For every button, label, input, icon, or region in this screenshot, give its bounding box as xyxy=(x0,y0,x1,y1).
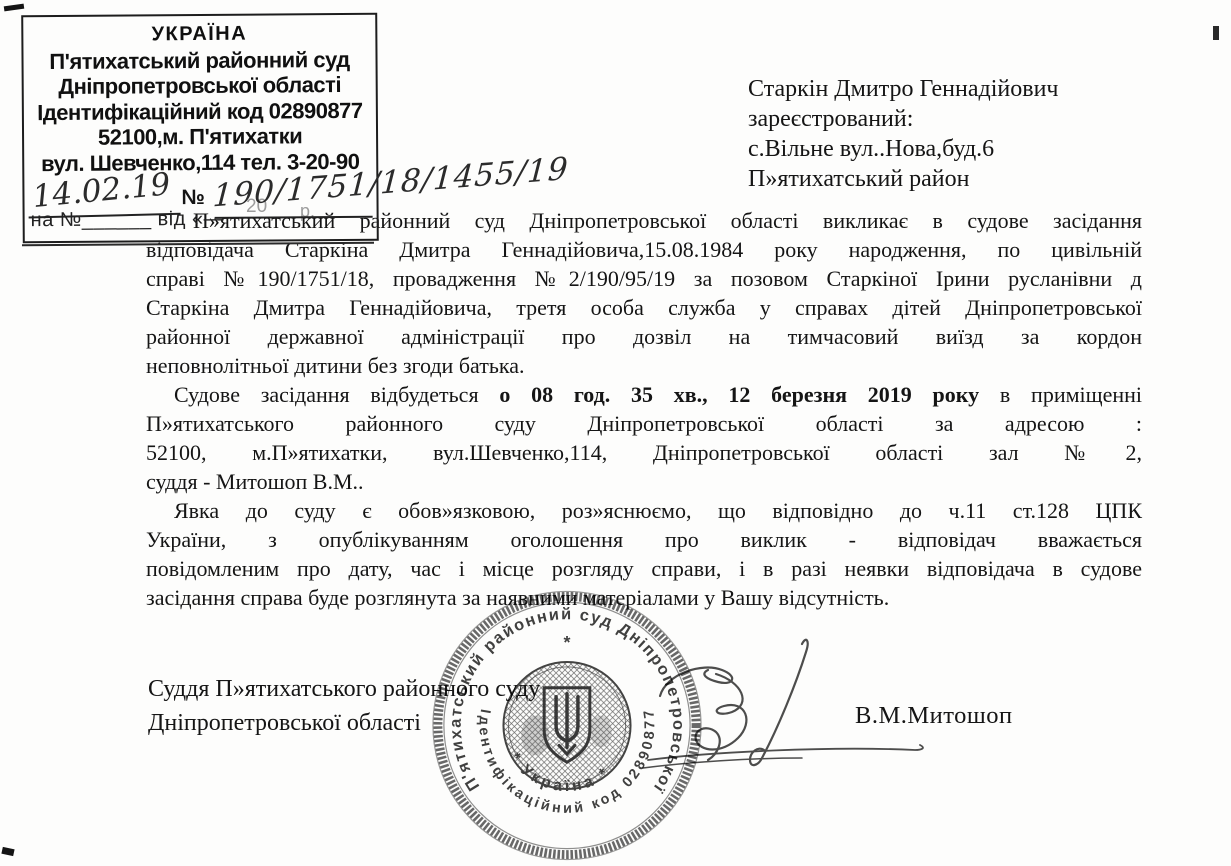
recipient-line: Старкін Дмитро Геннадійович xyxy=(748,74,1059,104)
body-line: суддя - Митошоп В.М.. xyxy=(146,467,1142,496)
scan-artifact-top-left xyxy=(4,4,25,12)
letterhead-line: П'ятихатський районний суд xyxy=(23,46,375,74)
body-bold-segment: о 08 год. 35 хв., 12 березня 2019 року xyxy=(499,382,979,407)
body-segment: районної державної адміністрації про доз… xyxy=(146,324,1142,349)
body-segment: України, з опублікуванням оголошення про… xyxy=(146,527,1142,552)
scan-artifact-bottom-left xyxy=(1,847,14,856)
judge-signature xyxy=(630,612,1130,782)
letterhead-line: Ідентифікаційний код 02890877 xyxy=(24,97,376,125)
body-line: 52100, м.П»ятихатки, вул.Шевченко,114, Д… xyxy=(146,438,1142,467)
body-line: Явка до суду є обов»язковою, роз»яснюємо… xyxy=(146,496,1142,525)
body-line: районної державної адміністрації про доз… xyxy=(146,322,1142,351)
signature-tall-stroke xyxy=(750,640,808,765)
signature-b-body xyxy=(696,674,747,760)
letterhead-stamp-box: УКРАЇНАП'ятихатський районний судДніпроп… xyxy=(21,13,379,243)
body-segment: 52100, м.П»ятихатки, вул.Шевченко,114, Д… xyxy=(146,440,1142,465)
seal-ink-smudge-right xyxy=(590,716,612,748)
recipient-line: зареєстрований: xyxy=(748,104,1059,134)
number-underline xyxy=(215,216,373,219)
body-line: П»ятихатського районного суду Дніпропетр… xyxy=(146,409,1142,438)
body-line: Старкіна Дмитра Геннадійовича, третя осо… xyxy=(146,293,1142,322)
body-segment: суддя - Митошоп В.М.. xyxy=(146,469,364,494)
body-segment: в приміщенні xyxy=(979,382,1142,407)
body-segment: П»ятихатського районного суду Дніпропетр… xyxy=(146,411,1142,436)
scanned-court-summons: УКРАЇНАП'ятихатський районний судДніпроп… xyxy=(0,0,1231,866)
recipient-line: с.Вільне вул..Нова,буд.6 xyxy=(748,134,1059,164)
body-segment: Старкіна Дмитра Геннадійовича, третя осо… xyxy=(146,295,1142,320)
letterhead-line: УКРАЇНА xyxy=(23,21,375,49)
letterhead-line: 52100,м. П'ятихатки xyxy=(24,123,376,151)
signature-b-top-loop xyxy=(660,668,732,696)
body-segment: повідомленим про дату, час і місце розгл… xyxy=(146,556,1142,581)
number-sign-label: № xyxy=(181,186,205,210)
body-text: П»ятихатський районний суд Дніпропетровс… xyxy=(146,206,1142,612)
letterhead-line: Дніпропетровської області xyxy=(24,72,376,100)
body-segment: справі №190/1751/18, провадження №2/190/… xyxy=(146,266,1142,291)
court-letterhead-lines: УКРАЇНАП'ятихатський районний судДніпроп… xyxy=(23,21,376,176)
reference-form-line: на №______ від «— xyxy=(31,208,225,232)
body-segment: Судове засідання відбудеться xyxy=(174,382,499,407)
scan-artifact-right-edge xyxy=(1213,26,1219,40)
seal-top-star: * xyxy=(564,632,571,652)
recipient-address-block: Старкін Дмитро Геннадійовичзареєстровани… xyxy=(748,74,1059,194)
body-line: України, з опублікуванням оголошення про… xyxy=(146,525,1142,554)
body-line: справі №190/1751/18, провадження №2/190/… xyxy=(146,264,1142,293)
body-line: Судове засідання відбудеться о 08 год. 3… xyxy=(146,380,1142,409)
body-segment: Явка до суду є обов»язковою, роз»яснюємо… xyxy=(174,498,1142,523)
body-line: повідомленим про дату, час і місце розгл… xyxy=(146,554,1142,583)
body-segment: неповнолітньої дитини без згоди батька. xyxy=(146,353,525,378)
recipient-line: П»ятихатський район xyxy=(748,164,1059,194)
signature-short-line xyxy=(643,758,802,768)
body-line: неповнолітньої дитини без згоди батька. xyxy=(146,351,1142,380)
